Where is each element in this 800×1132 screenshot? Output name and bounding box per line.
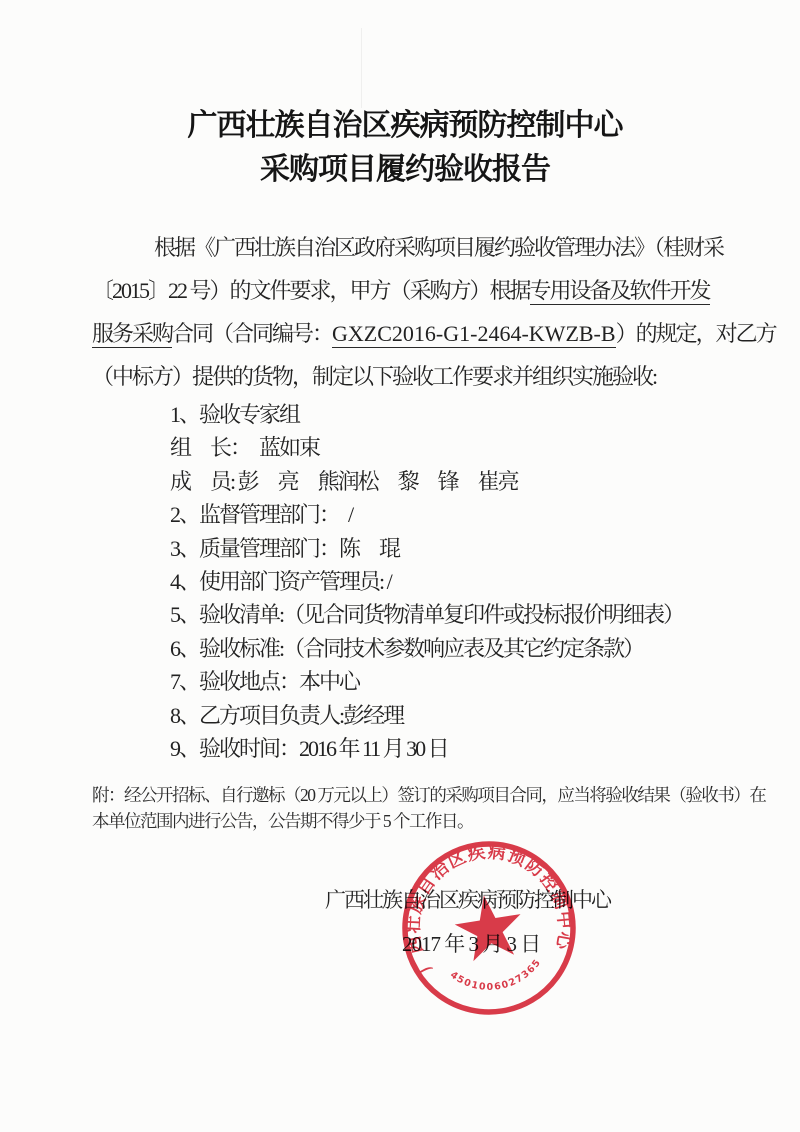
document-title-line1: 广西壮族自治区疾病预防控制中心 <box>90 104 720 148</box>
list-item: 4、使用部门资产管理员: / <box>170 565 730 598</box>
list-item: 组 长： 蓝如束 <box>170 431 730 464</box>
footnote-line2: 本单位范围内进行公告，公告期不得少于 5 个工作日。 <box>92 808 722 834</box>
paragraph-text: 〔2015〕22 号）的文件要求，甲方（采购方）根据 <box>92 278 530 303</box>
footnote: 附：经公开招标、自行邀标（20 万元以上）签订的采购项目合同，应当将验收结果（验… <box>92 782 722 834</box>
acceptance-items-list: 1、验收专家组 组 长： 蓝如束 成 员: 彭 亮 熊润松 黎 锋 崔亮 2、监… <box>170 398 730 765</box>
list-item: 8、乙方项目负责人:彭经理 <box>170 699 730 732</box>
list-item: 5、验收清单:（见合同货物清单复印件或投标报价明细表） <box>170 598 730 631</box>
list-item: 7、验收地点：本中心 <box>170 665 730 698</box>
scan-artifact <box>361 28 362 108</box>
seal-code-label: 4501006027365 <box>447 956 547 1000</box>
official-red-seal: 广西壮族自治区疾病预防控制中心 4501006027365 <box>380 819 597 1036</box>
underlined-subject-text: 服务采购 <box>92 321 172 348</box>
contract-number: GXZC2016-G1-2464-KWZB-B <box>332 321 616 348</box>
footnote-line1: 附：经公开招标、自行邀标（20 万元以上）签订的采购项目合同，应当将验收结果（验… <box>92 782 722 808</box>
underlined-subject-text: 专用设备及软件开发 <box>530 278 710 305</box>
paragraph-line1: 根据《广西壮族自治区政府采购项目履约验收管理办法》（桂财采 <box>92 226 720 269</box>
seal-code-text: 4501006027365 <box>447 956 547 1000</box>
paragraph-line3: 服务采购合同（合同编号：GXZC2016-G1-2464-KWZB-B）的规定，… <box>92 312 720 355</box>
list-item: 成 员: 彭 亮 熊润松 黎 锋 崔亮 <box>170 465 730 498</box>
scanned-document-page: 广西壮族自治区疾病预防控制中心 采购项目履约验收报告 根据《广西壮族自治区政府采… <box>0 0 800 1132</box>
list-item: 9、验收时间：2016 年 11 月 30 日 <box>170 732 730 765</box>
paragraph-text: （中标方）提供的货物，制定以下验收工作要求并组织实施验收: <box>92 364 656 389</box>
list-item: 1、验收专家组 <box>170 398 730 431</box>
paragraph-line2: 〔2015〕22 号）的文件要求，甲方（采购方）根据专用设备及软件开发 <box>92 269 720 312</box>
seal-star-icon <box>451 890 527 963</box>
intro-paragraph: 根据《广西壮族自治区政府采购项目履约验收管理办法》（桂财采 〔2015〕22 号… <box>92 226 720 398</box>
list-item: 2、监督管理部门： / <box>170 498 730 531</box>
paragraph-text: ）的规定，对乙方 <box>616 321 776 346</box>
paragraph-line4: （中标方）提供的货物，制定以下验收工作要求并组织实施验收: <box>92 355 720 398</box>
paragraph-text: 合同（合同编号： <box>172 321 332 346</box>
document-title-line2: 采购项目履约验收报告 <box>90 148 720 192</box>
list-item: 6、验收标准:（合同技术参数响应表及其它约定条款） <box>170 632 730 665</box>
document-title: 广西壮族自治区疾病预防控制中心 采购项目履约验收报告 <box>90 104 720 192</box>
list-item: 3、质量管理部门：陈 琨 <box>170 532 730 565</box>
paragraph-text: 根据《广西壮族自治区政府采购项目履约验收管理办法》（桂财采 <box>154 235 723 260</box>
